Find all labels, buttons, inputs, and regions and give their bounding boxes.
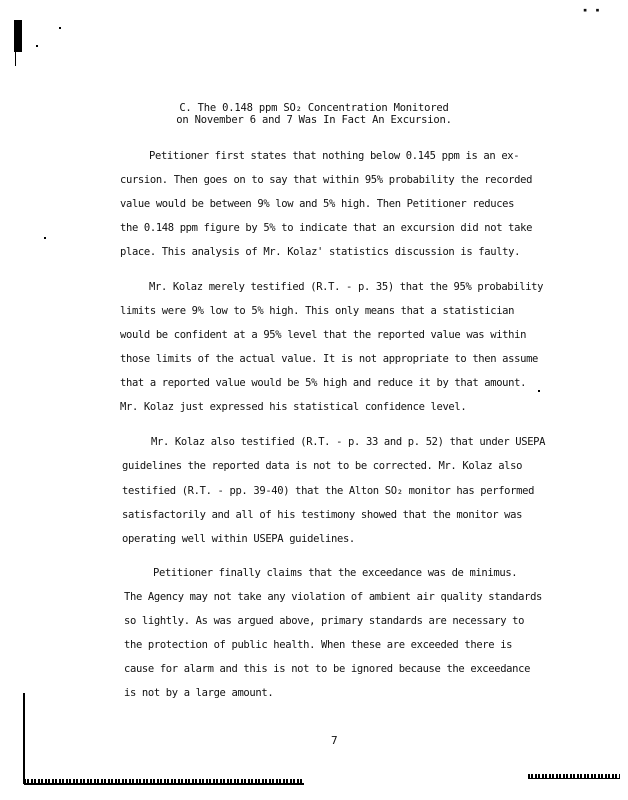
scan-speck bbox=[44, 237, 46, 239]
text-line: value would be between 9% low and 5% hig… bbox=[120, 198, 514, 210]
text-line: the protection of public health. When th… bbox=[124, 639, 512, 651]
text-line: the 0.148 ppm figure by 5% to indicate t… bbox=[120, 222, 532, 234]
document-page: ▪ ▪ C. The 0.148 ppm SO₂ Concentration M… bbox=[0, 0, 628, 800]
text-line: Petitioner first states that nothing bel… bbox=[149, 150, 519, 162]
text-line: satisfactorily and all of his testimony … bbox=[122, 509, 522, 521]
text-line: Mr. Kolaz just expressed his statistical… bbox=[120, 401, 466, 413]
text-line: Mr. Kolaz also testified (R.T. - p. 33 a… bbox=[151, 436, 545, 448]
text-line: so lightly. As was argued above, primary… bbox=[124, 615, 524, 627]
scan-bottom-line bbox=[24, 783, 304, 785]
scan-margin-tick bbox=[15, 52, 16, 66]
text-line: place. This analysis of Mr. Kolaz' stati… bbox=[120, 246, 520, 258]
section-heading-line-2: on November 6 and 7 Was In Fact An Excur… bbox=[0, 114, 628, 126]
text-line: is not by a large amount. bbox=[124, 687, 273, 699]
text-line: limits were 9% low to 5% high. This only… bbox=[120, 305, 514, 317]
text-line: The Agency may not take any violation of… bbox=[124, 591, 542, 603]
text-line: Mr. Kolaz merely testified (R.T. - p. 35… bbox=[149, 281, 543, 293]
scan-bottom-line-right bbox=[528, 778, 620, 779]
text-line: Petitioner finally claims that the excee… bbox=[153, 567, 517, 579]
scan-speck bbox=[538, 390, 540, 392]
scan-speck bbox=[36, 45, 38, 47]
text-line: testified (R.T. - pp. 39-40) that the Al… bbox=[122, 485, 534, 497]
text-line: cursion. Then goes on to say that within… bbox=[120, 174, 532, 186]
page-number: 7 bbox=[331, 734, 338, 747]
text-line: operating well within USEPA guidelines. bbox=[122, 533, 355, 545]
text-line: cause for alarm and this is not to be ig… bbox=[124, 663, 530, 675]
scan-speck bbox=[59, 27, 61, 29]
corner-mark: ▪ ▪ bbox=[583, 6, 602, 14]
text-line: guidelines the reported data is not to b… bbox=[122, 460, 522, 472]
text-line: those limits of the actual value. It is … bbox=[120, 353, 538, 365]
section-heading-line-1: C. The 0.148 ppm SO₂ Concentration Monit… bbox=[0, 102, 628, 114]
text-line: that a reported value would be 5% high a… bbox=[120, 377, 526, 389]
scan-left-edge bbox=[23, 693, 25, 784]
scan-margin-bar bbox=[14, 20, 22, 52]
text-line: would be confident at a 95% level that t… bbox=[120, 329, 526, 341]
